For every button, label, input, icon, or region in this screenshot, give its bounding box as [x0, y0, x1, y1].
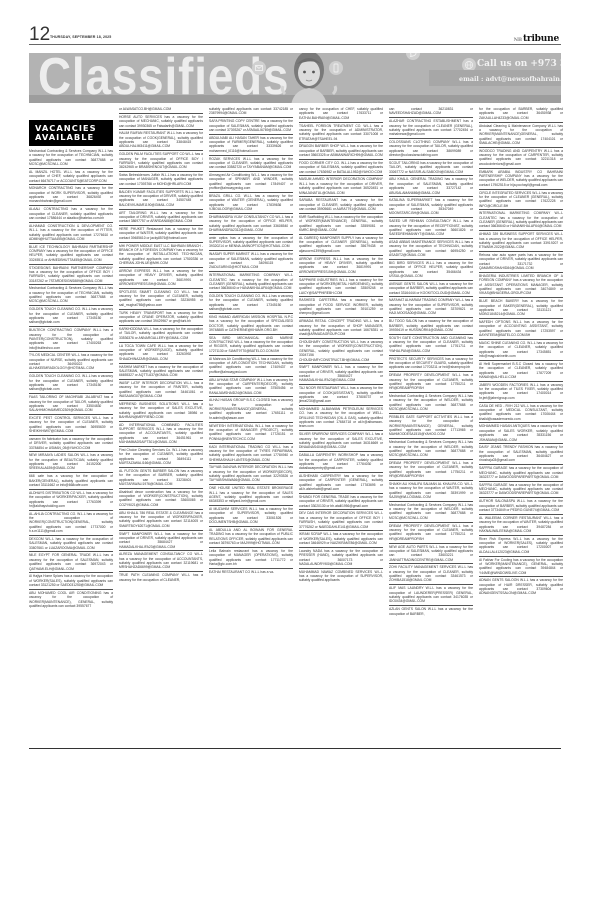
classifieds-banner: Classifieds Call us on +973 36458394 ema… [29, 53, 561, 103]
classified-ad: River Fish Express W.L.L has a vacancy f… [479, 536, 563, 557]
classified-ad: EMBARK ARABIA INDUSTRY CO BAHRAINI PARTN… [479, 169, 563, 190]
classified-ad: for the occupation of BARBER, suitably q… [479, 106, 563, 123]
classified-ad: Al Fakhar For Cooling has a vacancy for … [479, 557, 563, 578]
ad-column-2: or ALWASATCO.BH@GMAIL.COMHORSE AUTO SERV… [119, 106, 203, 583]
classified-ad: DEV DAS INTERIOR DECORATION SERVICES W.L… [299, 510, 383, 531]
classified-ad: DREAM PROPERTY DEVELOPMENT W.L.L has a v… [389, 372, 473, 393]
classified-ad: MUHAMMAD NAWAZ COMBINED SERVICES W.L.L h… [299, 569, 383, 585]
classified-ad: EXCITE PEST CONTROL SERVICES W.L.L has a… [29, 415, 113, 436]
classified-ad: COLOSSIANS CLOTHING COMPANY W.L.L has a … [389, 139, 473, 160]
classified-ad: AL FUTOON GENTS BARBER SALON has a vacan… [119, 468, 203, 489]
mail-icon [252, 61, 266, 75]
classified-ad: ARROW EXPRESS W.L.L has a vacancy for th… [119, 268, 203, 289]
classified-ad: ALREZA MANAGEMENT CONSULTANCY CO W.L.L h… [119, 551, 203, 572]
classified-ad: ARMADA RETAIL CONCEPT TRADING W.L.L has … [299, 318, 383, 339]
classified-ad: GOLDEN PALM FACILITIES SUPPORT CO W.L.L … [119, 151, 203, 172]
classified-ad: Alsahbail decor construction has a vacan… [119, 489, 203, 510]
classified-ad: can contact 36210831 or NAVEEDSHAHZAD@GM… [389, 106, 473, 118]
classified-ad: ARROW EXPRESS W.L.L has a vacancy for th… [299, 256, 383, 277]
classified-ad: ABU AYHAM STAR COMPANY W.L.L has a vacan… [209, 377, 293, 398]
classified-ad: ABU MOHAMED COOL AIR CONDITIONING has a … [29, 590, 113, 610]
logo-text: tribune [523, 34, 559, 44]
classified-ad: ALAALI CONTRACTING has a vacancy for the… [29, 206, 113, 223]
classified-ad: FAAS TAILORING OF MAGHRABI JALABIYAT has… [29, 394, 113, 415]
classified-ad: SOUTH GATE CONSTRUCTION AND CLEANING has… [389, 335, 473, 356]
classified-ad: AUTHOR SALON&SPA W.L.L has a vacancy for… [479, 498, 563, 515]
ad-column-4: cancy for the occupation of CHEF, suitab… [299, 106, 383, 584]
classified-ad: BIG BIRD SERVICES W.L.L has a vacancy fo… [389, 260, 473, 281]
classified-ad: GOLDEN TOUCH CLEANING CO. W.L.L has a va… [29, 306, 113, 327]
classified-ad: KARKHODDNA W.L.L has a vacancy for the o… [119, 326, 203, 343]
classified-ad: STXDESIGNS BAHRAINI PARTNERSHIP COMPANY … [29, 265, 113, 286]
classified-ad: NAFAHAT ALHARAM TRADING COMPANY W.L.L ha… [389, 297, 473, 318]
classified-ad: AHMAD 339 BUSINESS SUPPORT SERVICES W.L.… [479, 231, 563, 252]
classified-ad: JABERI WOODEN FACTORIES W.L.L has a vaca… [479, 382, 563, 403]
classified-ad: NILE EGYPT FOR GENERAL TRADE W.L.L has a… [29, 552, 113, 573]
classified-ad: AL-AHLIA CONTRACTING CO. W.L.L has a vac… [29, 511, 113, 536]
classified-ad: NEWTESH INTERNATIONAL W.L.L has a vacanc… [209, 423, 293, 444]
classified-ad: MEFRIEND BUSINESS SOLUTIONS W.L.L has a … [119, 401, 203, 422]
classified-ad: ADNAN GENTS SALOON W.L.L has a vacancy f… [479, 577, 563, 597]
classified-ad: FOOD CORNER CITY CO. W.L.L has a vacancy… [299, 160, 383, 177]
classified-ad: Mechanical Contracting & Services Compan… [389, 393, 473, 414]
classified-ad: AVENUE GENTS SALON W.L.L has a vacancy f… [389, 281, 473, 298]
classified-ad: BALDEV KUMAR FACILITIES SUPPORTS W.L.L h… [119, 189, 203, 210]
classified-ad: SAPPHIRE INDUSTRIES W.L.L has a vacancy … [299, 277, 383, 298]
classified-ad: MOHAMMED HASAN ANTIQUES has a vacancy fo… [479, 423, 563, 444]
phone-icon [329, 61, 343, 75]
classified-ad: SWIFT MANPOWER W.L.L has a vacancy for t… [119, 531, 203, 552]
classified-ad: Mechanical Contracting & Services Compan… [389, 502, 473, 523]
classified-ad: DREAM PROPERTY DEVELOPMENT W.L.L has a v… [389, 460, 473, 481]
vacancies-available-label: VACANCIES AVAILABLE [29, 120, 113, 146]
classified-ad: ABU KHALIL 786 REAL ESTATE & CLEARANCE h… [119, 510, 203, 531]
classified-ad: BLUE BEACH BAKERY has a vacancy for the … [479, 298, 563, 319]
classified-ad: Swiss Belresidences Juffair W.L.L has a … [119, 172, 203, 189]
ad-column-3: suitably qualified applicants can contac… [209, 106, 293, 576]
page-bottom-rule [29, 748, 561, 749]
classified-ad: 668 cafe has a vacancy for the occupatio… [29, 473, 113, 490]
classified-ad: TAJ NOOR RESTAURANT W.L.L has a vacancy … [299, 385, 383, 406]
classified-ad: ZOHI FACILITY MANAGEMENT SERVICES W.L.L … [389, 564, 473, 585]
classified-ad: DHARMANDRA VIJAY CONSULTANCY CO W.L.L ha… [209, 214, 293, 235]
classified-ad: IKRAM SCRAP W.L.L has a vacancy for the … [299, 531, 383, 548]
classified-ad: ALHAJ HASAN GROUP B.S.C CLOSED has a vac… [209, 397, 293, 422]
classified-ad: INTERNATIONAL MARKETING COMPANY W.L.L CL… [479, 210, 563, 231]
classified-ad: ASAD ABBAS MAINTENANCE SERVICES W.L.L ha… [389, 239, 473, 260]
classified-ad: AL DAREEQ MANPOWER SUPPLY has a vacancy … [299, 235, 383, 256]
classified-ad: ROZAK SERVICES W.L.L has a vacancy for t… [209, 156, 293, 173]
classified-ad: INASAFI SUPER MARKET W.L.L has a vacancy… [209, 251, 293, 272]
classified-ad: HERE PHUKET Restaurant has a vacancy for… [119, 226, 203, 243]
page-number: 12 [29, 26, 50, 44]
classified-ad: ALHAMAD CONSTRUCTION & DEVLOPMENT CO. W.… [29, 223, 113, 244]
classified-ad: HORSE AUTO SERVICES has a vacancy for th… [119, 114, 203, 131]
classified-ad: DRAGON BARBER SHOP W.L.L has a vacancy f… [299, 143, 383, 160]
classified-ad: ALDHAYS DISTRIBUTION CO W.L.L has a vaca… [29, 490, 113, 511]
classified-ad: HASHIM MARKET has a vacancy for the occu… [119, 364, 203, 381]
classified-ad: MOHAMMED ALBANWAN PETROLEUM SERVICES CO.… [299, 406, 383, 431]
classified-ad: CIRCLE INTEGRATED SERVICES W.L.L has a v… [479, 190, 563, 211]
ad-column-1: Mechanical Contracting & Services Compan… [29, 148, 113, 610]
classified-ad: SWIFT MANPOWER W.L.L has a vacancy for t… [299, 364, 383, 385]
classified-ad: DAISY JEANS TRENDY FASHION has a vacancy… [479, 444, 563, 465]
classified-ad: Mechanical Contracting & Services Compan… [29, 285, 113, 306]
classified-ad: TURK HEAVY TRANSPORT has a vacancy for t… [119, 310, 203, 327]
classified-ad: ONE HOUSE UNITED REAL ESTATE BROKERAGE W… [209, 485, 293, 506]
classified-ad: MAGIC SHINE CLEANING CO. W.L.L has a vac… [479, 340, 563, 361]
ad-column-5: can contact 36210831 or NAVEEDSHAHZAD@GM… [389, 106, 473, 617]
classified-ad: SARABA RESTAURANT has a vacancy for the … [299, 197, 383, 214]
classified-ad: SILVER SPARROW SERVICES COMPANY W.L.L ha… [299, 431, 383, 452]
classified-ad: GOLDEN TOUCH CLEANING CO. W.L.L has a va… [29, 373, 113, 394]
classified-ad: KADI INTERNATIONAL TRADING CO W.L.L has … [209, 444, 293, 465]
classified-ad: SHUNDI FOR GENERAL TRADE has a vacancy f… [299, 494, 383, 511]
email-text[interactable]: email : advt@newsofbahrain.com [459, 75, 561, 83]
classified-ad: DABALLA CARPENTRY WORKSHOP has a vacancy… [299, 452, 383, 473]
classified-ad: HALIM RAIFAN RESTAURANT W.L.L has a vaca… [119, 130, 203, 151]
classified-ad: LA TOCA TOWN CAFE W.L.L has a vacancy fo… [119, 343, 203, 364]
classified-ad: Laundry NADA has a vacancy for the occup… [299, 548, 383, 569]
classified-ad: SAFFRA GARAGE has a vacancy for the occu… [479, 465, 563, 482]
classified-ad: SHAIKH ALI KHALIFA SALMAN AL KHALIFA CO.… [389, 481, 473, 502]
newspaper-logo: NBtribune [514, 34, 559, 44]
classified-ad: NEW AGE AUTO PARTS W.L.L has a vacancy f… [389, 544, 473, 565]
classified-ad: Al Hajiya Home Spices has a vacancy for … [29, 573, 113, 590]
classified-ad: MASUM AHMED INTERIOR DECORATION COMPANY … [299, 176, 383, 197]
classified-ad: BLUE ICE TECHNOLOGY BAHRAINI PARTNERSHIP… [29, 244, 113, 265]
classified-ad: SAFFRA GARAGE has a vacancy for the occu… [479, 482, 563, 499]
classified-ad: AL MANZIL HOTEL W.L.L has a vacancy for … [29, 169, 113, 186]
classified-ad: WASIF LATIF INTERIOR DECORATION W.L.L ha… [119, 380, 203, 401]
classified-ad: suitably qualified applicants can contac… [209, 106, 293, 118]
classified-ad: Al MUZAHIM SERVICES W.L.L has a vacancy … [209, 506, 293, 527]
classified-ad: GOLDEN TOUCH CLEANING CO. W.L.L has a va… [209, 293, 293, 314]
classified-ad: WOODCO TRADING AND CARPENTRY W.L.L has a… [479, 148, 563, 169]
classified-ad: ALSHEHABI CARPENTRY has a vacancy for th… [299, 473, 383, 494]
classified-ad: SEA BIRD MECHANICAL AND MARINE CONTRACTI… [209, 335, 293, 356]
classified-ad: CHOUDHARY CONSTRUCTION W.L.L has a vacan… [299, 339, 383, 364]
classified-ad: ALIF MAS LAUNDRY W.L.L has a vacancy for… [389, 585, 473, 606]
classified-ad: TAYYAB DANJWA INTERIOR DECORATION W.L.L … [209, 464, 293, 485]
classified-ad: INTERNATIONAL MARKETING COMPANY W.L.L CL… [209, 272, 293, 293]
whatsapp-icon [406, 53, 420, 60]
classified-ad: cancy for the occupation of CHEF, suitab… [299, 106, 383, 123]
classified-ad: AL WALEEMA CORNER RESTAURANT W.L.L has a… [479, 515, 563, 536]
classified-ad: or ALWASATCO.BH@GMAIL.COM [119, 106, 203, 114]
classified-ad: SCOUT TAILORING has a vacancy for the oc… [389, 160, 473, 177]
classified-ad: BHAGERIA INDUSTRIES LIMITED BRANCH OF A … [479, 273, 563, 298]
classified-ad: Rehoss star auto spare parts has a vacan… [479, 252, 563, 273]
header-divider [29, 44, 561, 45]
classified-ad: ALAZHAR CONTRACTING ESTABLISHMENT has a … [389, 118, 473, 139]
call-us-text: Call us on +973 36458394 [477, 59, 561, 69]
classified-ad: DREAM PROPERTY DEVELOPMENT W.L.L has a v… [389, 523, 473, 544]
classified-ad: EATHAI RESTAURANT CO W.L.L has a va- [209, 569, 293, 576]
classified-ad: KMR Scaffolding W.L.L has a vacancy for … [299, 214, 383, 235]
masthead: 12 THURSDAY, SEPTEMBER 18, 2025 [29, 26, 281, 46]
classified-ad: DEXCOM W.L.L has a vacancy for the occup… [29, 536, 113, 553]
classified-ad: KING HAMAD AMERICAN MISSION HOSPITAL N.P… [209, 314, 293, 335]
classified-ad: Al Mahroos Air Conditioning W.L.L has a … [209, 356, 293, 377]
classified-ad: BU TOGO SALON has a vacancy for the occu… [389, 318, 473, 335]
page-date: THURSDAY, SEPTEMBER 18, 2025 [50, 35, 111, 39]
classified-ad: Mechanical Contracting & Services Compan… [29, 148, 113, 169]
classified-ad: TSAHEEL FOREIGN TREATMENT CO. W.L.L has … [299, 123, 383, 144]
classified-ad: AZLAN GENTS SALON W.L.L has a vacancy fo… [389, 606, 473, 617]
classified-ad: usmann tin fabricator has a vacancy for … [29, 436, 113, 453]
classified-ad: BRAZIL GRILL CO. W.L.L has a vacancy for… [209, 193, 293, 214]
classified-ad: MONARCH CONTRACTING has a vacancy for th… [29, 185, 113, 206]
classified-ad: ART TAILORING W.L.L has a vacancy for th… [119, 210, 203, 227]
classified-ad: AD INTERNATIONAL COMBINED FACILITIES SUP… [119, 422, 203, 447]
classified-ad: Leila Bahrain restaurant has a vacancy f… [209, 548, 293, 569]
logo-mark-icon: NB [514, 37, 522, 43]
classified-ad: SPOTLESS SMART CLEANING CO W.L.L has a v… [119, 289, 203, 310]
classified-ad: TRUE PATH CLEANING COMPANY W.L.L has a v… [119, 572, 203, 583]
classified-ad: Almnayyed Air Conditioning W.L.L has a v… [209, 172, 293, 193]
classified-ad: Mechanical Contracting & Services Compan… [389, 439, 473, 460]
classified-ad: KATALINA SUPERMARKET has a vacancy for t… [389, 197, 473, 218]
classified-ad: NEW MIRAAYA LADIES SALON W.L.L has a vac… [29, 452, 113, 473]
classified-ad: PROTECTS SECURITY SERVICES has a vacancy… [389, 356, 473, 373]
ad-column-6: for the occupation of BARBER, suitably q… [479, 106, 563, 597]
classified-ad: Abdulaal Cleaning & Maintenance Company … [479, 123, 563, 148]
classified-ad: ABDULNABI ALI HASAN TAHER has a vacancy … [209, 135, 293, 156]
classified-ad: AL ABDULLA AND AL BOINAIN FOR GENERAL TR… [209, 527, 293, 548]
classified-ad: MHI POWER MIDDLE EAST LLC BAHRAIN BRANCH… [119, 243, 203, 268]
classified-ad: ABU KHALIL GENERAL TRADING has a vacancy… [389, 176, 473, 197]
classified-ad: amin optics has a vacancy for the occupa… [209, 235, 293, 252]
classified-ad: SAEED UR REHMAN CONSULTANCY W.L.L has a … [389, 218, 473, 239]
classified-ad: CASA DE HED - RVH 212 W.L.L has a vacanc… [479, 403, 563, 424]
classified-ad: TYLOS MEDICAL CENTER W.L.L has a vacancy… [29, 352, 113, 373]
classified-ad: First Choice Cleaning Services Co. W.L.L… [119, 447, 203, 468]
classified-ad: NAFEDH OPTIONS W.L.L has a vacancy for t… [479, 319, 563, 340]
classified-ad: BUILTECH CONTRACTING COMPANY W.L.L has a… [29, 327, 113, 352]
label-line-2: AVAILABLE [35, 133, 113, 142]
classified-ad: SAFA PRINTING COPY CENTRE has a vacancy … [209, 118, 293, 135]
classified-ad: Al Helli Supermarket B.S.C Closed has a … [479, 361, 563, 382]
classified-ad: RASHEED CAFETERIA has a vacancy for the … [299, 297, 383, 318]
classified-ad: PEBBLES GATE SUPPORT ACTIVITIES W.L.L ha… [389, 414, 473, 439]
